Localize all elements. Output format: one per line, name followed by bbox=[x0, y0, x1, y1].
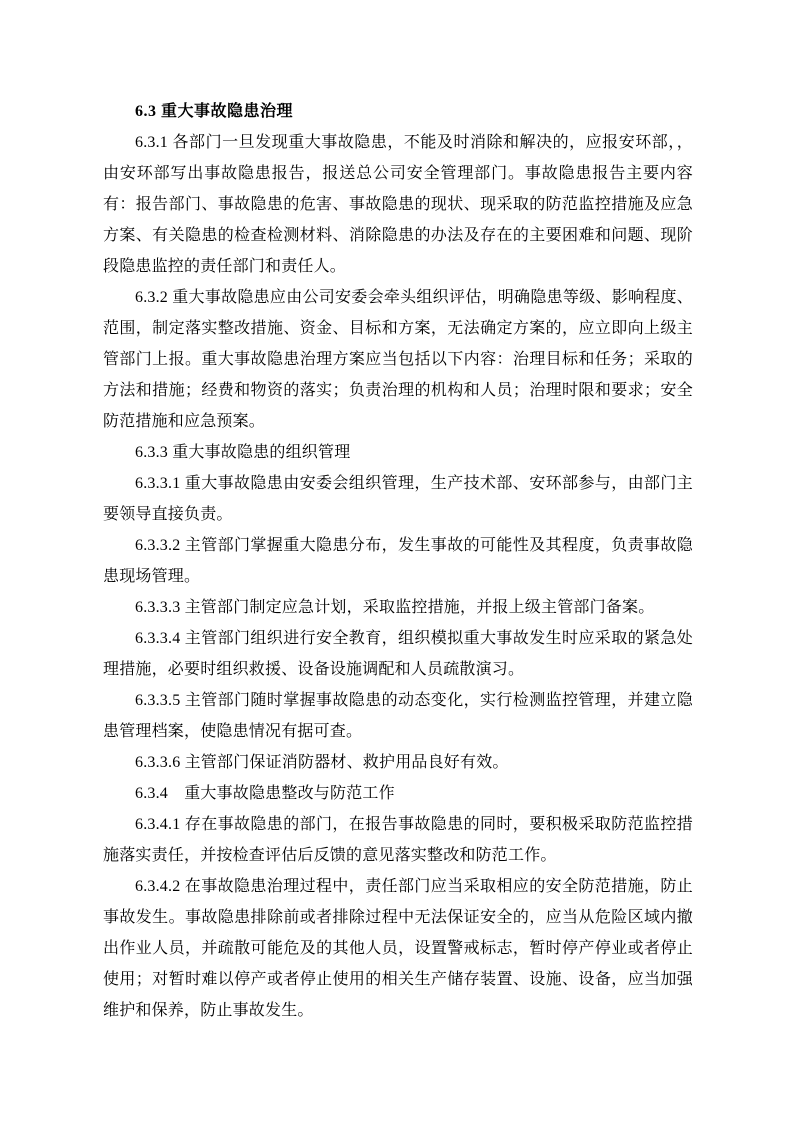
paragraph-6-3-3-2: 6.3.3.2 主管部门掌握重大隐患分布，发生事故的可能性及其程度，负责事故隐患… bbox=[103, 530, 693, 592]
paragraph-6-3-4: 6.3.4 重大事故隐患整改与防范工作 bbox=[103, 778, 693, 809]
paragraph-6-3-3-1: 6.3.3.1 重大事故隐患由安委会组织管理，生产技术部、安环部参与，由部门主要… bbox=[103, 468, 693, 530]
paragraph-6-3-3-4: 6.3.3.4 主管部门组织进行安全教育，组织模拟重大事故发生时应采取的紧急处理… bbox=[103, 623, 693, 685]
paragraph-6-3-3-3: 6.3.3.3 主管部门制定应急计划，采取监控措施，并报上级主管部门备案。 bbox=[103, 592, 693, 623]
paragraph-6-3-1: 6.3.1 各部门一旦发现重大事故隐患，不能及时消除和解决的，应报安环部，，由安… bbox=[103, 127, 693, 282]
paragraph-6-3-3: 6.3.3 重大事故隐患的组织管理 bbox=[103, 437, 693, 468]
document-page: 6.3 重大事故隐患治理 6.3.1 各部门一旦发现重大事故隐患，不能及时消除和… bbox=[0, 0, 793, 1122]
paragraph-6-3-4-1: 6.3.4.1 存在事故隐患的部门，在报告事故隐患的同时，要积极采取防范监控措施… bbox=[103, 809, 693, 871]
paragraph-6-3-4-2: 6.3.4.2 在事故隐患治理过程中，责任部门应当采取相应的安全防范措施，防止事… bbox=[103, 871, 693, 1026]
paragraph-6-3-3-6: 6.3.3.6 主管部门保证消防器材、救护用品良好有效。 bbox=[103, 747, 693, 778]
paragraph-6-3-3-5: 6.3.3.5 主管部门随时掌握事故隐患的动态变化，实行检测监控管理，并建立隐患… bbox=[103, 685, 693, 747]
paragraph-6-3-2: 6.3.2 重大事故隐患应由公司安委会牵头组织评估，明确隐患等级、影响程度、范围… bbox=[103, 282, 693, 437]
section-heading: 6.3 重大事故隐患治理 bbox=[103, 96, 693, 127]
document-body: 6.3 重大事故隐患治理 6.3.1 各部门一旦发现重大事故隐患，不能及时消除和… bbox=[103, 96, 693, 1026]
